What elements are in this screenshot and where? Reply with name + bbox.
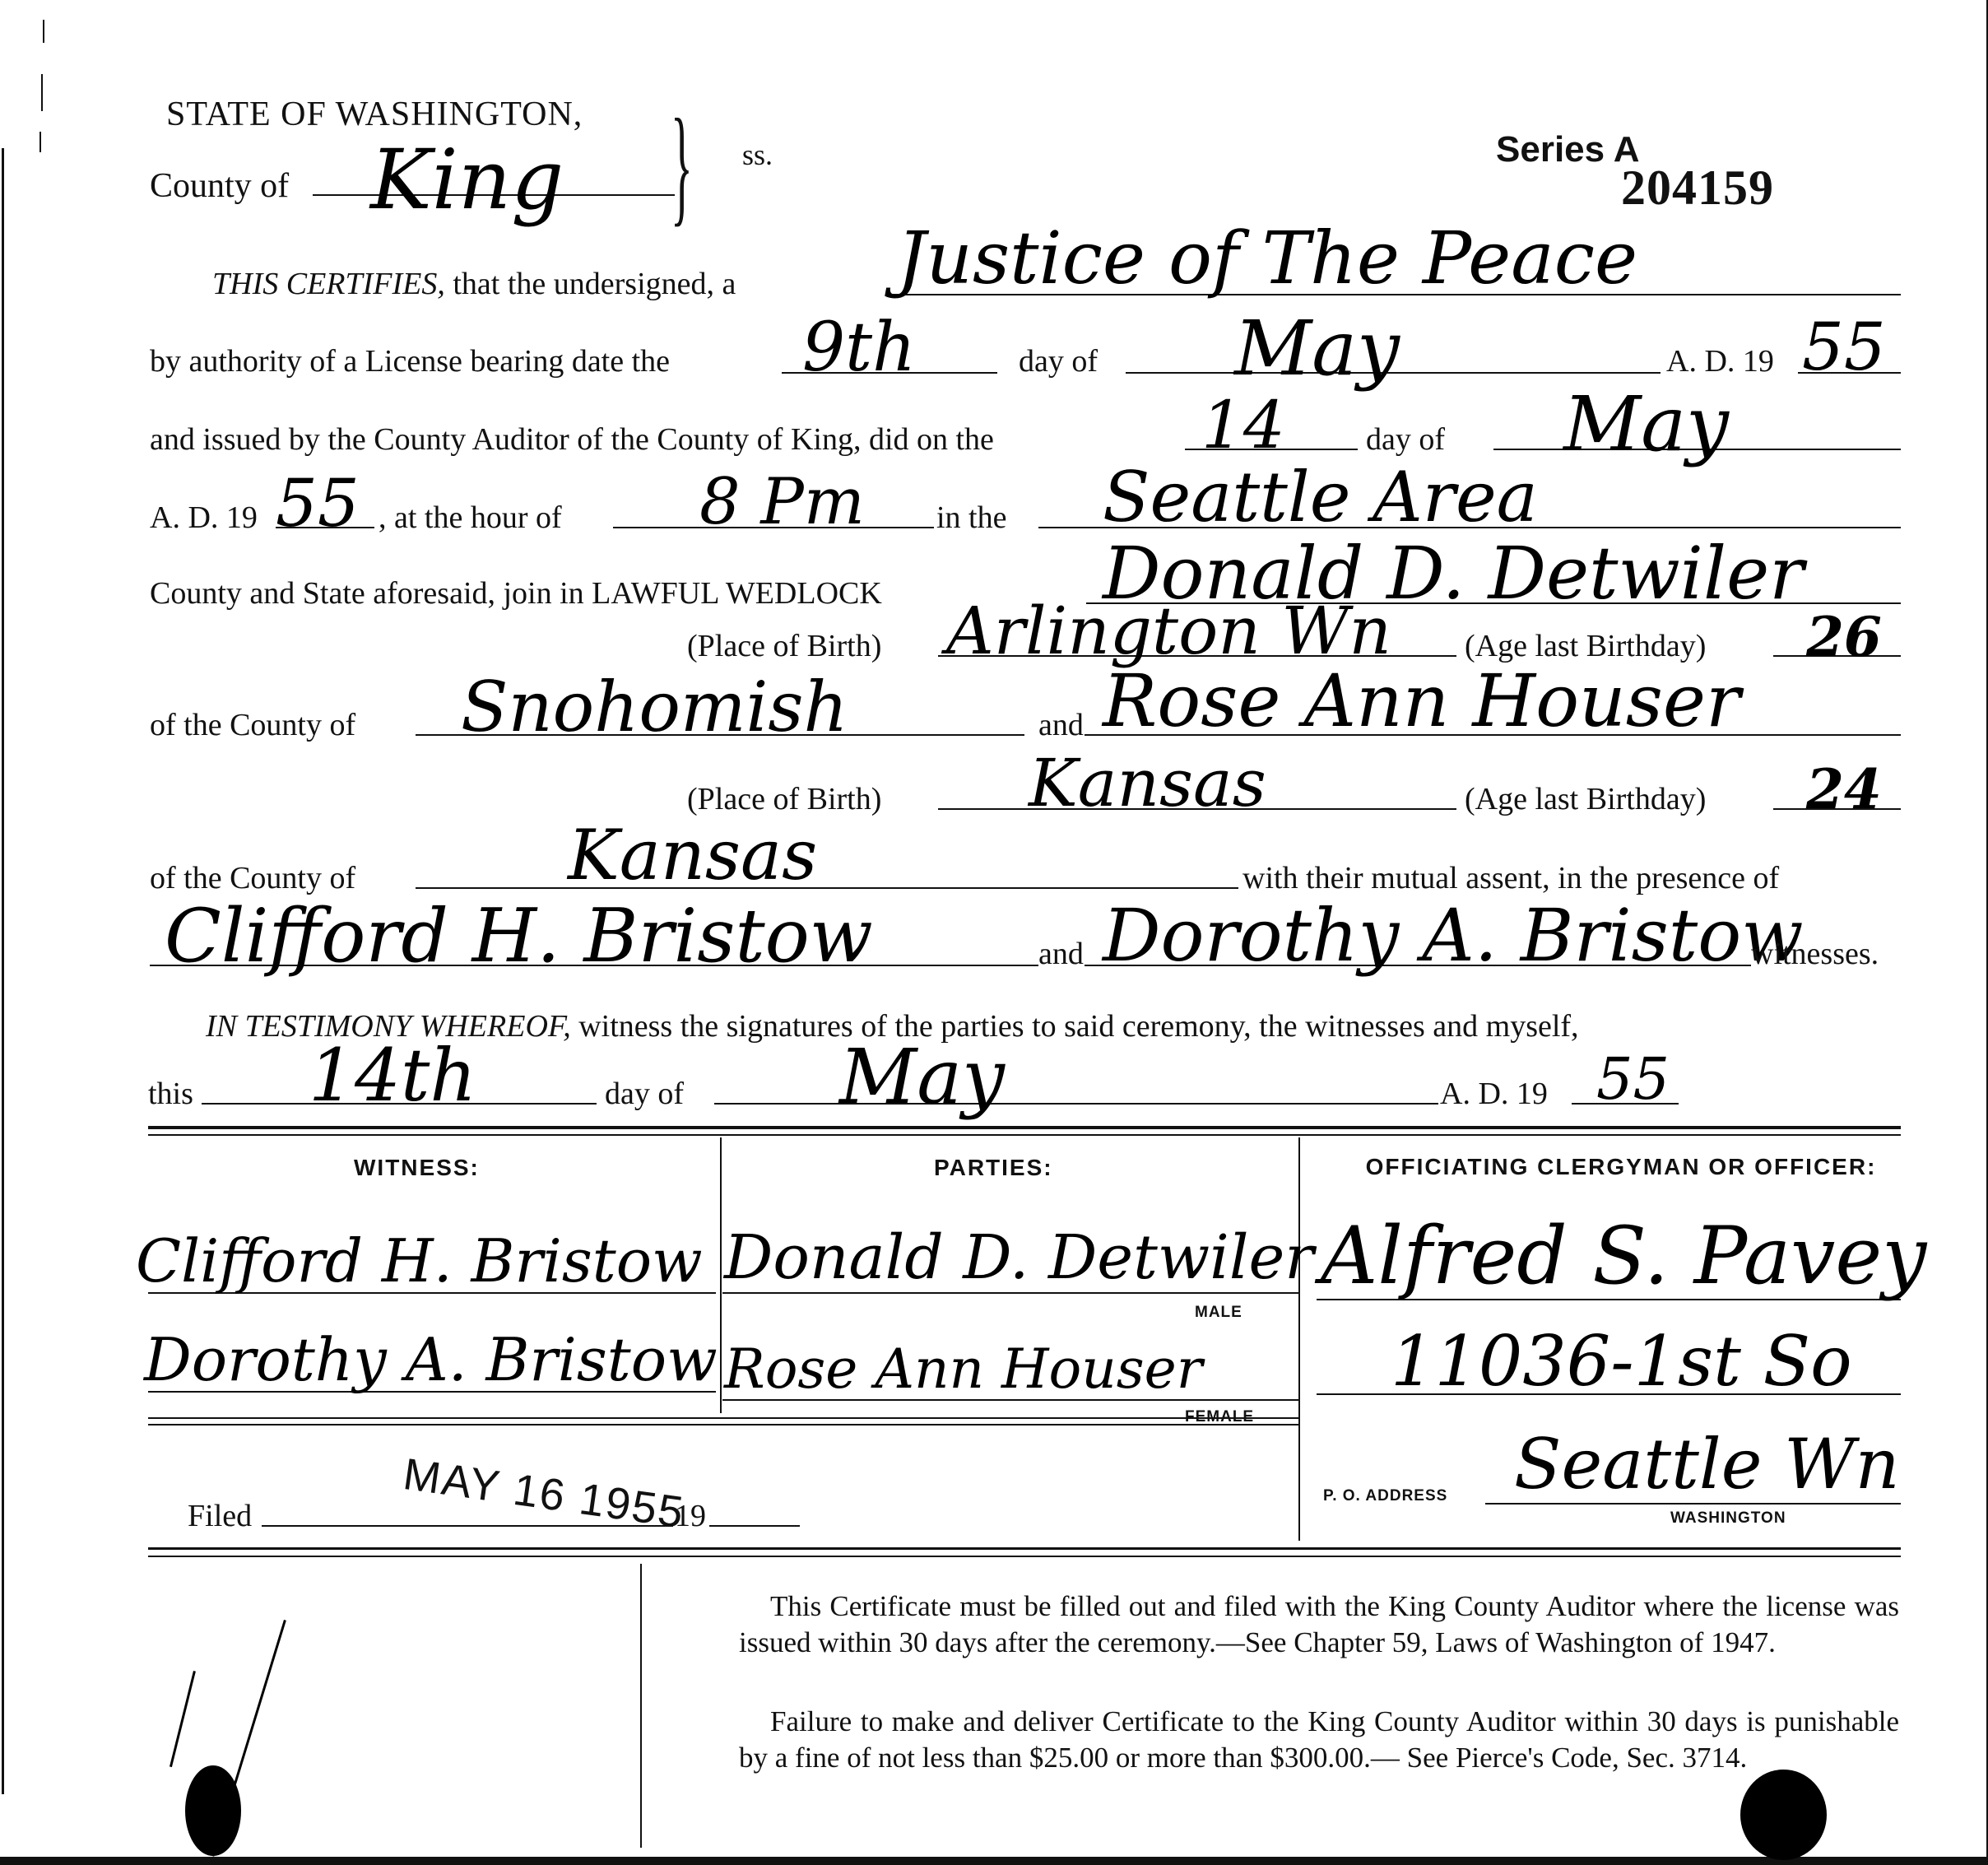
groom-county-label: of the County of [150,709,355,741]
issued-prefix: and issued by the County Auditor of the … [150,424,994,455]
license-ad: A. D. 19 [1666,346,1774,377]
binding-string [170,1671,196,1767]
bride-county-label: of the County of [150,863,355,894]
ceremony-day-value[interactable]: 14 [1201,387,1285,463]
witnesses-label: witnesses. [1751,938,1879,970]
license-day-of: day of [1019,346,1098,377]
signature-block-mid-rule-2 [148,1424,1298,1425]
witness-2-value[interactable]: Dorothy A. Bristow [1103,893,1804,978]
bride-county-line [416,887,1238,889]
male-sig[interactable]: Donald D. Detwiler [724,1222,1314,1293]
officer-sig[interactable]: Alfred S. Pavey [1321,1210,1926,1302]
parties-heading: PARTIES: [934,1156,1053,1179]
scan-edge-mark [39,132,41,152]
ss-label: ss. [742,140,773,170]
in-the-label: in the [936,502,1006,533]
brace: } [671,99,693,230]
testimony-day-of: day of [605,1078,684,1109]
signature-block-top-rule-2 [148,1134,1901,1136]
hour-label: , at the hour of [379,502,562,533]
testimony-month-value[interactable]: May [839,1033,1005,1121]
bottom-rule [148,1547,1901,1550]
groom-age-value[interactable]: 26 [1806,605,1882,669]
bride-name-value[interactable]: Rose Ann Houser [1103,658,1740,743]
bottom-rule-2 [148,1556,1901,1557]
ceremony-ad: A. D. 19 [150,502,258,533]
testimony-month-line [714,1103,1438,1105]
signature-block-top-rule [148,1126,1901,1129]
hole-punch-left [185,1765,241,1856]
place-value[interactable]: Seattle Area [1103,457,1538,537]
license-day-value[interactable]: 9th [802,309,916,387]
po-address-value[interactable]: Seattle Wn [1514,1424,1900,1505]
groom-age-label: (Age last Birthday) [1465,630,1706,662]
county-label: County of [150,169,289,203]
bride-birthplace-value[interactable]: Kansas [1029,745,1266,821]
testimony-year-value[interactable]: 55 [1596,1045,1670,1113]
filed-19-label: 19 [675,1500,706,1532]
notice-paragraph-1-text: This Certificate must be filled out and … [739,1590,1899,1658]
scan-bottom-edge [0,1857,1988,1865]
officer-heading: OFFICIATING CLERGYMAN OR OFFICER: [1349,1155,1893,1179]
signature-block-mid-rule [148,1417,1298,1419]
officiant-title-value[interactable]: Justice of The Peace [897,216,1637,300]
female-sig[interactable]: Rose Ann Houser [724,1337,1202,1401]
and-label: and [1038,709,1084,741]
groom-county-value[interactable]: Snohomish [461,667,848,747]
filed-label: Filed [188,1500,252,1532]
license-prefix: by authority of a License bearing date t… [150,346,670,377]
wedlock-text: County and State aforesaid, join in LAWF… [150,578,882,609]
license-month-value[interactable]: May [1234,305,1400,393]
testimony-rest: witness the signatures of the parties to… [578,1009,1578,1044]
male-label: MALE [1195,1305,1242,1320]
ceremony-day-of: day of [1366,424,1445,455]
column-divider-1 [720,1137,722,1413]
binding-string-2 [211,1620,286,1857]
testimony-day-value[interactable]: 14th [309,1033,476,1118]
witness-sig-1[interactable]: Clifford H. Bristow [136,1226,703,1295]
washington-label: WASHINGTON [1670,1510,1786,1526]
series-number: 204159 [1621,163,1774,212]
testimony-ad: A. D. 19 [1440,1078,1548,1109]
license-year-value[interactable]: 55 [1802,309,1886,385]
scan-edge-mark [41,74,43,111]
certifies-intro: THIS CERTIFIES, [212,267,445,301]
notice-paragraph-1: This Certificate must be filled out and … [739,1588,1899,1661]
scan-edge-mark [43,20,44,43]
this-label: this [148,1078,193,1109]
and-label-2: and [1038,938,1084,970]
bottom-section-divider [640,1564,642,1848]
mutual-assent-text: with their mutual assent, in the presenc… [1242,863,1779,894]
county-value[interactable]: King [370,132,564,228]
certifies-rest: that the undersigned, a [453,267,736,301]
bride-age-value[interactable]: 24 [1806,757,1882,821]
certifies-text: THIS CERTIFIES, that the undersigned, a [212,268,736,300]
ceremony-year-value[interactable]: 55 [276,465,360,542]
officer-address[interactable]: 11036-1st So [1391,1321,1852,1402]
state-heading: STATE OF WASHINGTON, [166,97,583,132]
notice-paragraph-2: Failure to make and deliver Certificate … [739,1704,1899,1776]
bride-birthplace-label: (Place of Birth) [687,784,881,815]
series-label: Series A [1496,132,1639,168]
notice-paragraph-2-text: Failure to make and deliver Certificate … [739,1705,1899,1774]
bride-county-value[interactable]: Kansas [568,815,817,895]
bride-age-label: (Age last Birthday) [1465,784,1706,815]
witness-sig-2[interactable]: Dorothy A. Bristow [144,1325,718,1394]
po-address-label: P. O. ADDRESS [1323,1488,1447,1504]
filed-year-line [709,1525,800,1527]
witness-1-value[interactable]: Clifford H. Bristow [165,893,873,979]
hour-value[interactable]: 8 Pm [699,465,865,539]
groom-birthplace-label: (Place of Birth) [687,630,881,662]
scan-edge-mark [2,148,4,1794]
column-divider-2 [1298,1137,1300,1541]
hole-punch-right [1740,1770,1827,1860]
ceremony-month-value[interactable]: May [1563,380,1729,468]
witness-heading: WITNESS: [354,1156,480,1179]
